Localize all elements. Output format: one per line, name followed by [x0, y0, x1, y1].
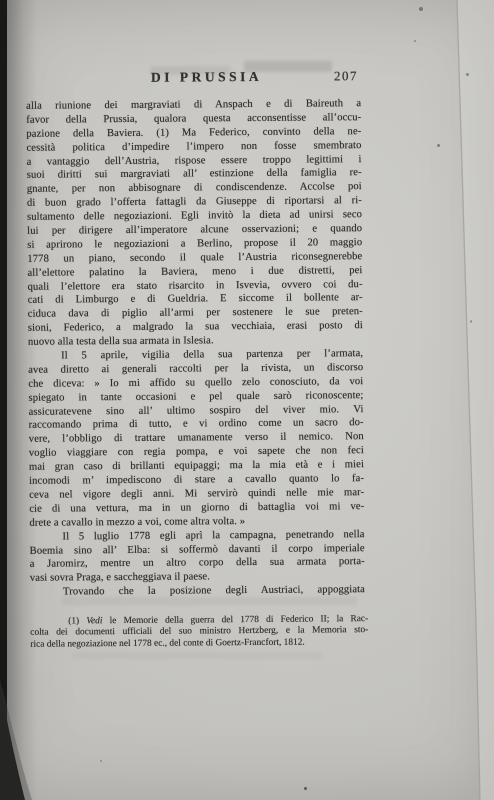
body-line: Trovando che la posizione degli Austriac… [30, 583, 365, 600]
dust-speck [304, 787, 307, 790]
scanned-book-page: DI PRUSSIA 207 alla riunione dei margrav… [0, 0, 494, 800]
dust-speck [466, 73, 469, 76]
body-line: cie di una vettura, ma in un giorno di b… [29, 500, 364, 517]
scan-gutter-black-strip [0, 0, 7, 800]
body-text: alla riunione dei margraviati di Anspach… [26, 97, 365, 600]
dust-speck [100, 760, 102, 762]
footnote-marker: (1) [68, 616, 86, 626]
footnote-line: rica della negoziazione nel 1778 ec., de… [30, 637, 368, 651]
running-header-title: DI PRUSSIA [151, 69, 262, 86]
dust-speck [437, 144, 440, 147]
body-line: sioni, Federico, a malgrado la sua vecch… [28, 319, 363, 336]
dust-speck [470, 320, 472, 323]
dust-speck [419, 7, 423, 11]
footnote-text: le Memorie della guerra del 1778 di Fede… [102, 614, 368, 626]
dust-speck [414, 40, 416, 42]
page-content: DI PRUSSIA 207 alla riunione dei margrav… [0, 0, 494, 800]
scan-gutter-shadow [7, 0, 37, 800]
footnote: (1) Vedi le Memorie della guerra del 177… [30, 614, 368, 651]
page-number: 207 [334, 68, 358, 84]
footnote-italic-word: Vedi [86, 616, 102, 626]
